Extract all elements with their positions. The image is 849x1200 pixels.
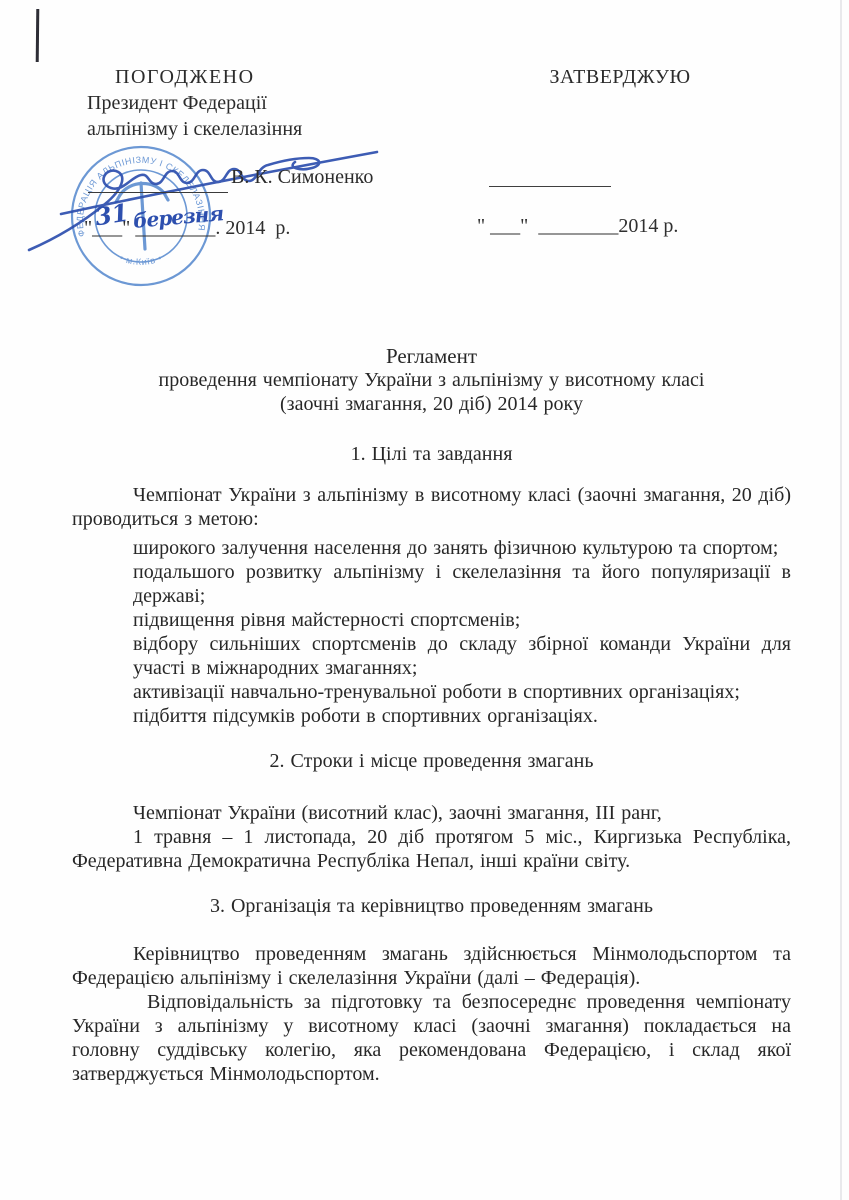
goal-line: участі в міжнародних змаганнях; bbox=[72, 656, 791, 680]
goal-line: активізації навчально-тренувальної робот… bbox=[72, 680, 791, 704]
section3-heading: 3. Організація та керівництво проведення… bbox=[72, 894, 791, 918]
approve-label: ЗАТВЕРДЖУЮ bbox=[488, 66, 752, 89]
goal-line: відбору сильніших спортсменів до складу … bbox=[72, 632, 791, 656]
approve-signature-line bbox=[489, 172, 611, 187]
section3-p2-line3: головну суддівську колегію, яка рекоменд… bbox=[72, 1038, 791, 1062]
signature-line bbox=[88, 178, 228, 193]
section2-line3: Федеративна Демократична Республіка Непа… bbox=[72, 849, 791, 873]
section3-p1-line2: Федерацією альпінізму і скелелазіння Укр… bbox=[72, 966, 791, 990]
section1-heading: 1. Цілі та завдання bbox=[72, 442, 791, 466]
scan-artifact-mark bbox=[36, 9, 40, 62]
section2-line2: 1 травня – 1 листопада, 20 діб протягом … bbox=[72, 825, 791, 849]
doc-title-line2: проведення чемпіонату України з альпініз… bbox=[72, 368, 791, 392]
section3-p2-line4: затверджується Мінмолодьспортом. bbox=[72, 1062, 791, 1086]
goal-line: подальшого розвитку альпінізму і скелела… bbox=[72, 560, 791, 584]
doc-title-line3: (заочні змагання, 20 діб) 2014 року bbox=[72, 392, 791, 416]
goal-line: підбиття підсумків роботи в спортивних о… bbox=[72, 704, 791, 728]
section3-p1-line1: Керівництво проведенням змагань здійснює… bbox=[72, 942, 791, 966]
date-line-right: " ___" ________2014 р. bbox=[477, 215, 678, 238]
section1-intro-line1: Чемпіонат України з альпінізму в висотно… bbox=[72, 483, 791, 507]
scan-edge-line bbox=[840, 0, 842, 1200]
doc-title: Регламент bbox=[72, 344, 791, 368]
signer-name: В. К. Симоненко bbox=[231, 166, 373, 189]
agreed-role-line1: Президент Федерації bbox=[87, 90, 407, 116]
agreed-role-line2: альпінізму і скелелазіння bbox=[87, 116, 407, 142]
section3-p2-line1: Відповідальність за підготовку та безпос… bbox=[72, 990, 791, 1014]
goal-line: державі; bbox=[72, 584, 791, 608]
document-body: Регламент проведення чемпіонату України … bbox=[72, 344, 791, 1086]
section3-p2-line2: України з альпінізму у висотному класі (… bbox=[72, 1014, 791, 1038]
goal-line: широкого залучення населення до занять ф… bbox=[72, 536, 791, 560]
handwritten-day: 31 bbox=[93, 198, 131, 232]
section2-line1: Чемпіонат України (висотний клас), заочн… bbox=[72, 801, 791, 825]
goal-line: підвищення рівня майстерності спортсмені… bbox=[72, 608, 791, 632]
section2-heading: 2. Строки і місце проведення змагань bbox=[72, 749, 791, 773]
section1-intro-line2: проводиться з метою: bbox=[72, 507, 791, 531]
agreed-label: ПОГОДЖЕНО bbox=[87, 64, 407, 90]
agreed-block: ПОГОДЖЕНО Президент Федерації альпінізму… bbox=[87, 64, 407, 142]
